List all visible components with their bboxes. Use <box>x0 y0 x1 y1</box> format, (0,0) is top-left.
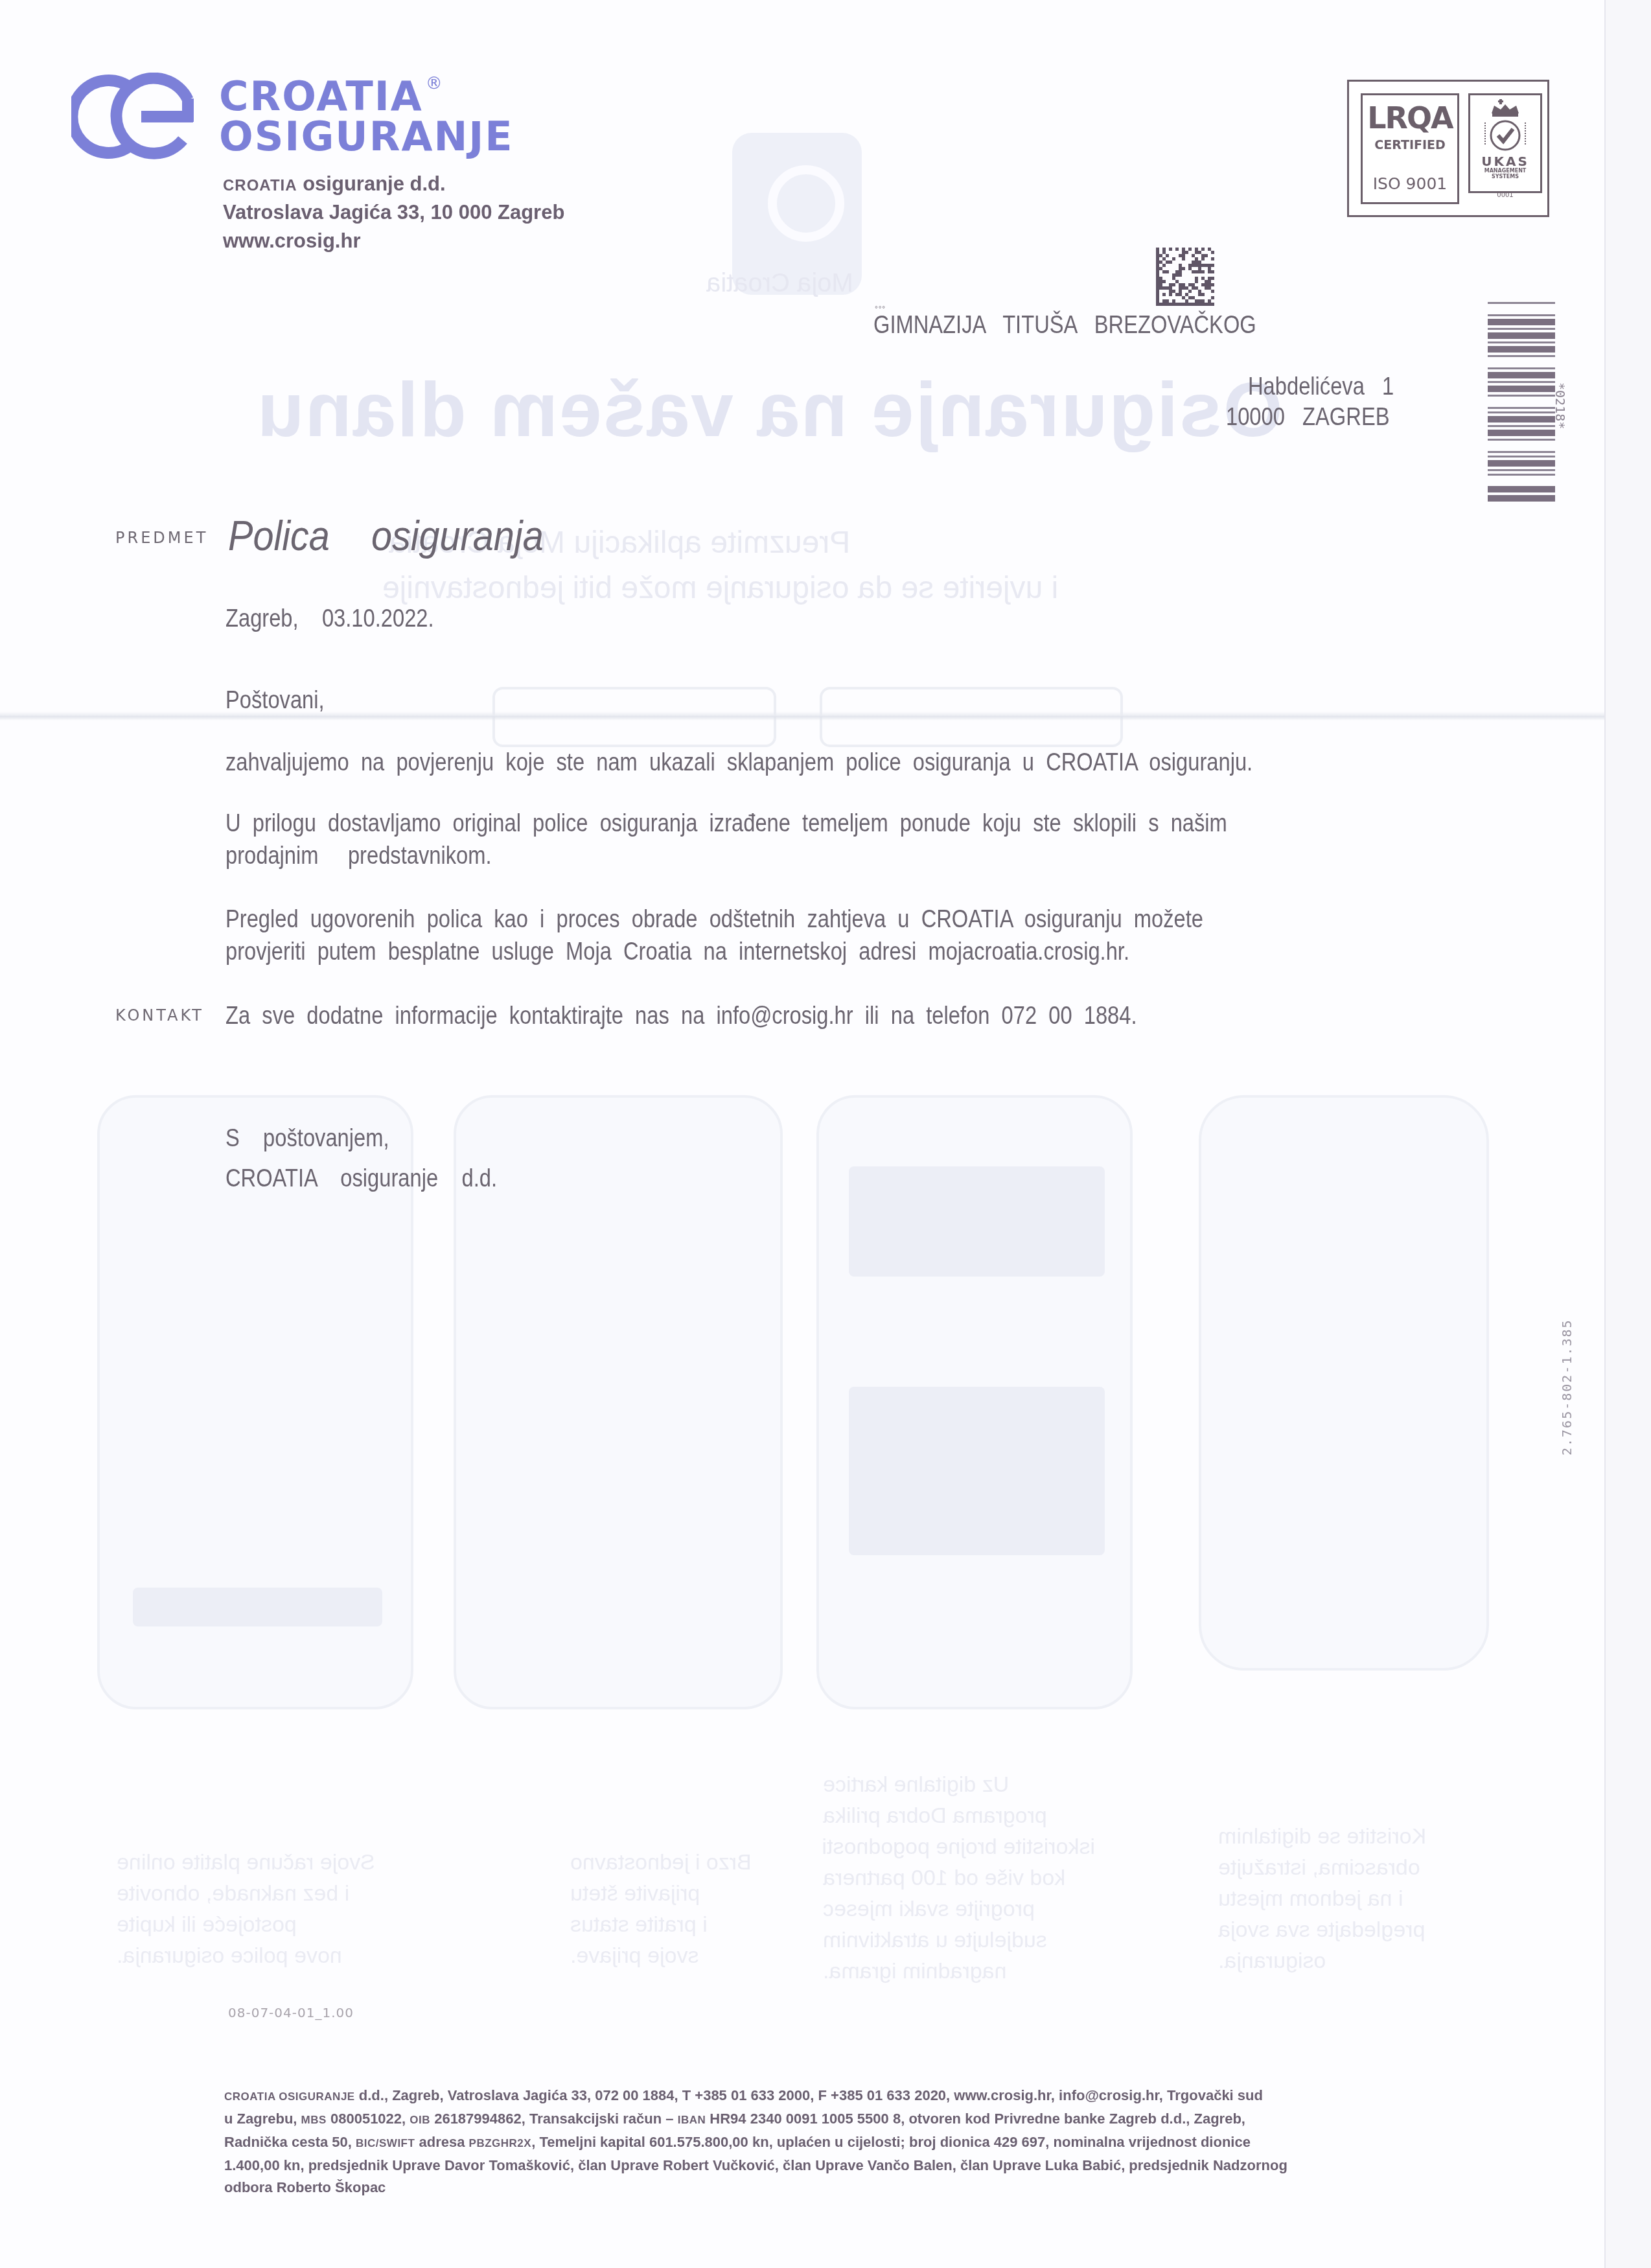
paragraph-thanks: zahvaljujemo na povjerenju koje ste nam … <box>225 750 1253 775</box>
croatia-osiguranje-logo-icon <box>71 73 198 161</box>
company-address: Vatroslava Jagića 33, 10 000 Zagreb <box>223 202 564 222</box>
letter-date: Zagreb, 03.10.2022. <box>225 607 434 631</box>
barcode-text: *0218* <box>1553 382 1568 429</box>
ghost-column-text: Brzo i jednostavno prijavite štetu i pra… <box>570 1847 784 1971</box>
ghost-phone-image <box>849 1387 1105 1555</box>
brand-name-line-2: OSIGURANJE <box>219 117 514 157</box>
lrqa-certified-label: CERTIFIED <box>1363 138 1457 152</box>
ukas-name: UKAS <box>1470 155 1540 168</box>
footer-line-4: 1.400,00 kn, predsjednik Uprave Davor To… <box>224 2155 1423 2177</box>
recipient-street: Habdelićeva 1 <box>1248 375 1394 399</box>
paragraph-enclosure-line-1: U prilogu dostavljamo original police os… <box>225 811 1227 836</box>
datamatrix-code <box>1156 248 1214 306</box>
footer-line-2: u Zagrebu, MBS 080051022, OIB 2618799486… <box>224 2108 1423 2131</box>
signature: CROATIA osiguranje d.d. <box>225 1166 497 1191</box>
postal-barcode <box>1488 299 1555 504</box>
recipient-name: GIMNAZIJA TITUŠA BREZOVAČKOG <box>873 313 1256 338</box>
side-reference-number: 2.765-802-1.385 <box>1559 1319 1575 1455</box>
ghost-column-text: Uz digitalne kartice programa Dobra pril… <box>823 1769 1095 1987</box>
ghost-app-name: Moja Croatia <box>706 269 853 298</box>
ghost-phone-mockup <box>1199 1095 1489 1671</box>
paragraph-online-line-2: provjeriti putem besplatne usluge Moja C… <box>225 940 1129 964</box>
document-code: 08-07-04-01_1.00 <box>228 2005 354 2020</box>
ukas-sub-1: MANAGEMENT <box>1470 168 1540 174</box>
company-name: CROATIA osiguranje d.d. <box>223 174 446 194</box>
ukas-sub-2: SYSTEMS <box>1470 174 1540 179</box>
recipient-city: 10000 ZAGREB <box>1226 405 1389 430</box>
subject-title: Polica osiguranja <box>228 515 544 557</box>
ghost-phone-image <box>849 1166 1105 1277</box>
greeting: Poštovani, <box>225 688 325 713</box>
ghost-title: Osiguranje na vašem dlanu <box>256 366 1283 454</box>
legal-footer: CROATIA OSIGURANJE d.d., Zagreb, Vatrosl… <box>224 2085 1423 2199</box>
contact-line: Za sve dodatne informacije kontaktirajte… <box>225 1004 1137 1028</box>
ghost-app-logo-icon <box>768 165 844 242</box>
ukas-mark: UKAS MANAGEMENT SYSTEMS <box>1468 93 1542 193</box>
closing: S poštovanjem, <box>225 1126 389 1151</box>
certification-badge: LRQA CERTIFIED ISO 9001 UKAS MANAGEMENT … <box>1347 80 1549 217</box>
iso-standard: ISO 9001 <box>1363 174 1457 193</box>
footer-line-3: Radnička cesta 50, BIC/SWIFT adresa PBZG… <box>224 2131 1423 2155</box>
footer-line-5: odbora Roberto Škopac <box>224 2177 1423 2199</box>
crown-check-icon <box>1483 98 1528 155</box>
paragraph-online-line-1: Pregled ugovorenih polica kao i proces o… <box>225 907 1203 932</box>
ghost-phone-button <box>133 1588 382 1626</box>
ghost-column-text: Koristite se digitalnim obrascima, istra… <box>1218 1821 1477 1976</box>
ghost-column-text: Svoje račune platite online i bez naknad… <box>117 1847 402 1971</box>
ukas-number: 0001 <box>1468 192 1542 199</box>
lrqa-certificate: LRQA CERTIFIED ISO 9001 <box>1361 93 1459 204</box>
company-website: www.crosig.hr <box>223 231 360 251</box>
brand-name-line-1: CROATIA® <box>219 76 444 117</box>
contact-label: KONTAKT <box>115 1006 204 1024</box>
ghost-phone-mockup <box>454 1095 783 1709</box>
footer-line-1: CROATIA OSIGURANJE d.d., Zagreb, Vatrosl… <box>224 2085 1423 2108</box>
scanned-page-edge <box>1604 0 1651 2268</box>
lrqa-logo: LRQA <box>1363 103 1457 133</box>
registered-mark: ® <box>426 74 444 93</box>
paragraph-enclosure-line-2: prodajnim predstavnikom. <box>225 844 492 868</box>
ghost-subtitle-2: i uvjerite se da osiguranje može biti je… <box>382 570 1058 606</box>
subject-label: PREDMET <box>115 529 208 547</box>
